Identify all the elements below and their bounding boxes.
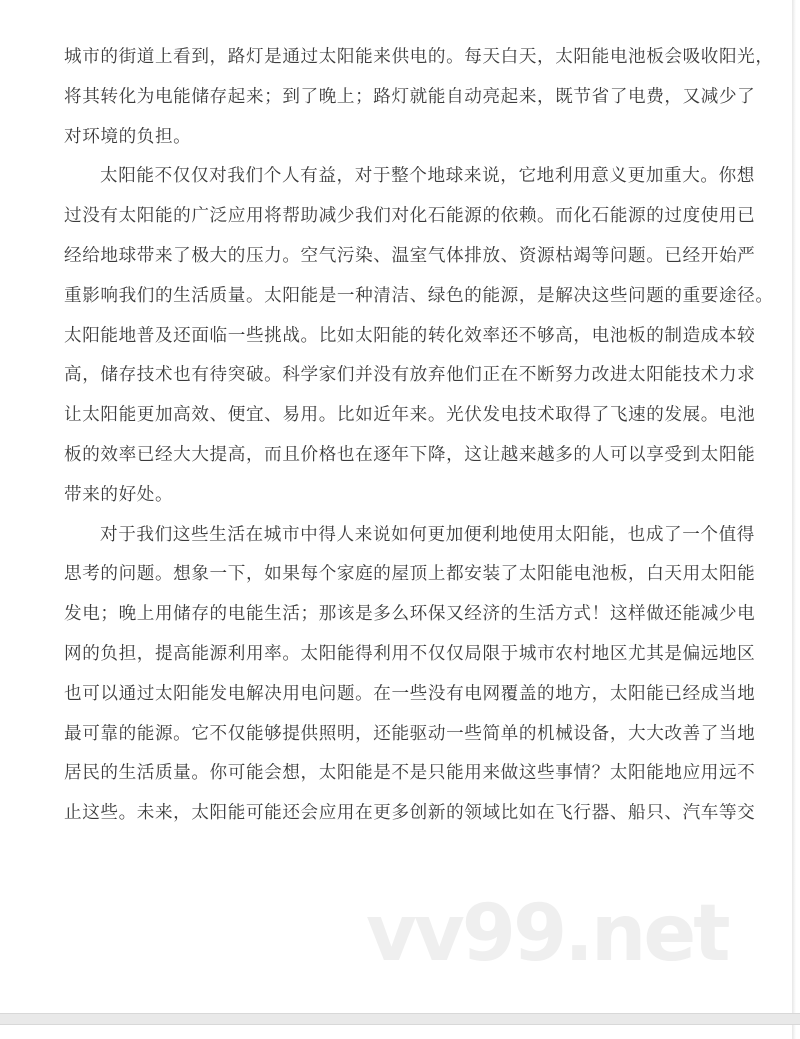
text-line: 经给地球带来了极大的压力。空气污染、温室气体排放、资源枯竭等问题。已经开始严 <box>64 237 724 277</box>
watermark-text: vv99.net <box>366 895 728 973</box>
page-separator <box>0 1013 800 1025</box>
text-line: 止这些。未来，太阳能可能还会应用在更多创新的领域比如在飞行器、船只、汽车等交 <box>64 794 724 834</box>
text-line: 重影响我们的生活质量。太阳能是一种清洁、绿色的能源，是解决这些问题的重要途径。 <box>64 277 724 317</box>
text-line: 太阳能地普及还面临一些挑战。比如太阳能的转化效率还不够高，电池板的制造成本较 <box>64 317 724 357</box>
page-edge-shadow <box>792 0 800 1039</box>
text-line: 将其转化为电能储存起来；到了晚上；路灯就能自动亮起来，既节省了电费，又减少了 <box>64 78 724 118</box>
text-line: 最可靠的能源。它不仅能够提供照明，还能驱动一些简单的机械设备，大大改善了当地 <box>64 715 724 755</box>
text-line: 让太阳能更加高效、便宜、易用。比如近年来。光伏发电技术取得了飞速的发展。电池 <box>64 396 724 436</box>
text-line: 带来的好处。 <box>64 476 724 516</box>
document-page: 城市的街道上看到，路灯是通过太阳能来供电的。每天白天，太阳能电池板会吸收阳光， … <box>0 0 792 1013</box>
paragraph-1: 城市的街道上看到，路灯是通过太阳能来供电的。每天白天，太阳能电池板会吸收阳光， … <box>64 38 724 157</box>
paragraph-2: 太阳能不仅仅对我们个人有益，对于整个地球来说，它地利用意义更加重大。你想 过没有… <box>64 157 724 515</box>
document-body: 城市的街道上看到，路灯是通过太阳能来供电的。每天白天，太阳能电池板会吸收阳光， … <box>64 38 724 834</box>
text-line: 城市的街道上看到，路灯是通过太阳能来供电的。每天白天，太阳能电池板会吸收阳光， <box>64 38 724 78</box>
next-page-top <box>0 1025 792 1039</box>
text-line: 板的效率已经大大提高，而且价格也在逐年下降，这让越来越多的人可以享受到太阳能 <box>64 436 724 476</box>
text-line: 居民的生活质量。你可能会想，太阳能是不是只能用来做这些事情？太阳能地应用远不 <box>64 754 724 794</box>
text-line: 也可以通过太阳能发电解决用电问题。在一些没有电网覆盖的地方，太阳能已经成当地 <box>64 675 724 715</box>
text-line: 过没有太阳能的广泛应用将帮助减少我们对化石能源的依赖。而化石能源的过度使用已 <box>64 197 724 237</box>
text-line: 高，储存技术也有待突破。科学家们并没有放弃他们正在不断努力改进太阳能技术力求 <box>64 356 724 396</box>
text-line: 发电；晚上用储存的电能生活；那该是多么环保又经济的生活方式！这样做还能减少电 <box>64 595 724 635</box>
text-line: 对环境的负担。 <box>64 118 724 158</box>
text-line: 思考的问题。想象一下，如果每个家庭的屋顶上都安装了太阳能电池板，白天用太阳能 <box>64 555 724 595</box>
text-line: 网的负担，提高能源利用率。太阳能得利用不仅仅局限于城市农村地区尤其是偏远地区 <box>64 635 724 675</box>
text-line: 对于我们这些生活在城市中得人来说如何更加便利地使用太阳能，也成了一个值得 <box>64 516 724 556</box>
paragraph-3: 对于我们这些生活在城市中得人来说如何更加便利地使用太阳能，也成了一个值得 思考的… <box>64 516 724 834</box>
text-line: 太阳能不仅仅对我们个人有益，对于整个地球来说，它地利用意义更加重大。你想 <box>64 157 724 197</box>
